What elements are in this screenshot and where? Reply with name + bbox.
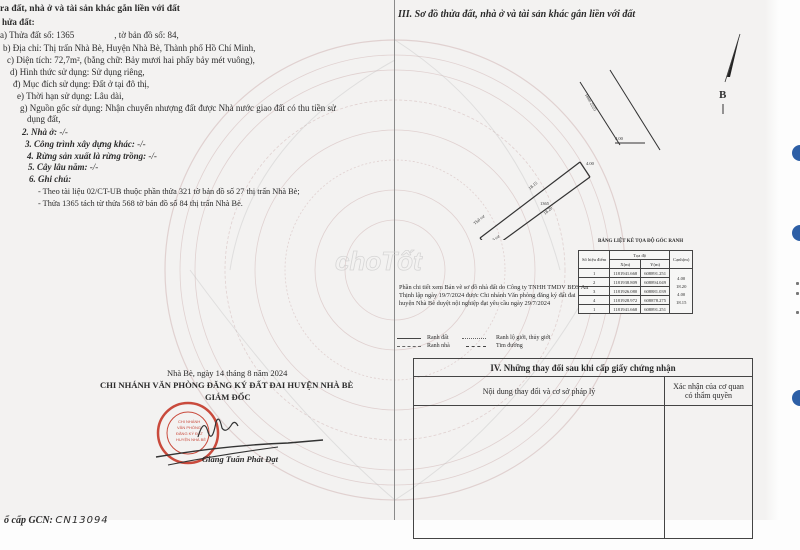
blue-dot-fragment bbox=[796, 292, 799, 295]
changes-content-cell bbox=[414, 406, 665, 539]
map-sheet-number: , tờ bản đồ số: 84, bbox=[114, 30, 179, 40]
parcel-number-text: a) Thửa đất số: 1365 bbox=[0, 30, 74, 40]
gcn-label: ổ cấp GCN: CN13094 bbox=[4, 515, 109, 526]
north-arrow-icon: B bbox=[715, 32, 745, 122]
signing-date: Nhà Bè, ngày 14 tháng 8 năm 2024 bbox=[167, 368, 287, 379]
note-line-1: - Theo tài liệu 02/CT-UB thuộc phần thửa… bbox=[38, 186, 300, 197]
section-3-title: III. Sơ đồ thửa đất, nhà ở và tài sản kh… bbox=[398, 9, 635, 20]
blue-dot-fragment bbox=[796, 311, 799, 314]
address: b) Địa chỉ: Thị trấn Nhà Bè, Huyện Nhà B… bbox=[3, 43, 255, 54]
section-production-forest: 4. Rừng sản xuất là rừng trồng: -/- bbox=[27, 151, 157, 162]
diagram-note: Phần chi tiết xem Bản vẽ sơ đồ nhà đất d… bbox=[399, 284, 589, 309]
svg-text:HUYỆN NHÀ BÈ: HUYỆN NHÀ BÈ bbox=[176, 437, 206, 442]
legend-dotted-line bbox=[462, 338, 486, 339]
svg-text:18.20: 18.20 bbox=[542, 205, 554, 216]
header-x: X(m) bbox=[610, 260, 641, 269]
blue-dot-fragment bbox=[796, 282, 799, 285]
svg-text:Thổ cư: Thổ cư bbox=[472, 213, 485, 225]
legend-solid-line bbox=[397, 338, 421, 339]
svg-text:4.00: 4.00 bbox=[615, 136, 624, 141]
table-row: 11181941.668608891.251 4.00 18.20 4.00 1… bbox=[579, 269, 693, 278]
svg-text:Hẻm 2225: Hẻm 2225 bbox=[584, 93, 598, 112]
parcel-diagram: 1365 4.00 4.00 18.15 18.20 Thổ cư Thổ cư… bbox=[440, 40, 760, 240]
svg-text:VĂN PHÒNG: VĂN PHÒNG bbox=[177, 425, 201, 430]
changes-col-content: Nội dung thay đổi và cơ sở pháp lý bbox=[414, 377, 665, 406]
svg-text:B: B bbox=[719, 89, 727, 101]
gcn-number: CN13094 bbox=[55, 515, 108, 526]
coordinate-table: Số hiệu điểm Tọa độ Cạnh(m) X(m) Y(m) 11… bbox=[578, 250, 693, 314]
usage-purpose: đ) Mục đích sử dụng: Đất ở tại đô thị, bbox=[13, 79, 149, 90]
svg-text:CHI NHÁNH: CHI NHÁNH bbox=[178, 419, 200, 424]
parcel-label: 1365 bbox=[540, 201, 550, 206]
area: c) Diện tích: 72,7m², (bằng chữ: Bảy mươ… bbox=[7, 55, 255, 66]
svg-text:4.00: 4.00 bbox=[586, 161, 595, 166]
legend-dashdot-line bbox=[466, 346, 486, 347]
section-notes: 6. Ghi chú: bbox=[29, 174, 71, 185]
left-subheader: hửa đất: bbox=[2, 17, 35, 28]
svg-text:Thổ cư: Thổ cư bbox=[487, 233, 500, 240]
parcel-number: a) Thửa đất số: 1365, tờ bản đồ số: 84, bbox=[0, 30, 179, 41]
chotot-watermark: choTốt bbox=[335, 256, 422, 267]
gcn-label-text: ổ cấp GCN: bbox=[4, 515, 53, 526]
lengths-cell: 4.00 18.20 4.00 18.15 bbox=[670, 269, 693, 314]
header-point: Số hiệu điểm bbox=[579, 251, 610, 269]
note-line-2: - Thửa 1365 tách từ thửa 568 tờ bản đồ s… bbox=[38, 198, 243, 209]
changes-table: IV. Những thay đổi sau khi cấp giấy chứn… bbox=[413, 358, 753, 539]
usage-origin: g) Nguồn gốc sử dụng: Nhận chuyển nhượng… bbox=[20, 103, 336, 114]
legend-house-boundary: Ranh nhà bbox=[427, 342, 450, 350]
header-coords: Tọa độ bbox=[610, 251, 670, 260]
svg-text:18.15: 18.15 bbox=[527, 180, 539, 191]
section-other-constructions: 3. Công trình xây dựng khác: -/- bbox=[25, 139, 146, 150]
legend-road-boundary: Ranh lộ giới, thủy giới bbox=[496, 334, 551, 342]
legend-road-center: Tim đường bbox=[496, 342, 523, 350]
coord-table-title: BẢNG LIỆT KÊ TỌA ĐỘ GÓC RANH bbox=[598, 239, 683, 244]
header-y: Y(m) bbox=[641, 260, 670, 269]
issuing-office: CHI NHÁNH VĂN PHÒNG ĐĂNG KÝ ĐẤT ĐAI HUYỆ… bbox=[100, 380, 353, 391]
signer-name: Giang Tuấn Phát Đạt bbox=[202, 454, 278, 465]
legend-dashed-line bbox=[397, 346, 421, 347]
section-perennial-trees: 5. Cây lâu năm: -/- bbox=[28, 162, 98, 173]
usage-form: d) Hình thức sử dụng: Sử dụng riêng, bbox=[10, 67, 145, 78]
usage-origin-cont: dụng đất, bbox=[27, 114, 61, 125]
usage-term: e) Thời hạn sử dụng: Lâu dài, bbox=[17, 91, 124, 102]
changes-confirmation-cell bbox=[665, 406, 753, 539]
header-length: Cạnh(m) bbox=[670, 251, 693, 269]
changes-col-confirmation: Xác nhận của cơ quan có thẩm quyền bbox=[665, 377, 753, 406]
section-house: 2. Nhà ở: -/- bbox=[22, 127, 68, 138]
changes-table-title: IV. Những thay đổi sau khi cấp giấy chứn… bbox=[414, 359, 753, 377]
left-header: ra đất, nhà ở và tài sản khác gắn liền v… bbox=[0, 4, 180, 15]
legend-land-boundary: Ranh đất bbox=[427, 334, 449, 342]
